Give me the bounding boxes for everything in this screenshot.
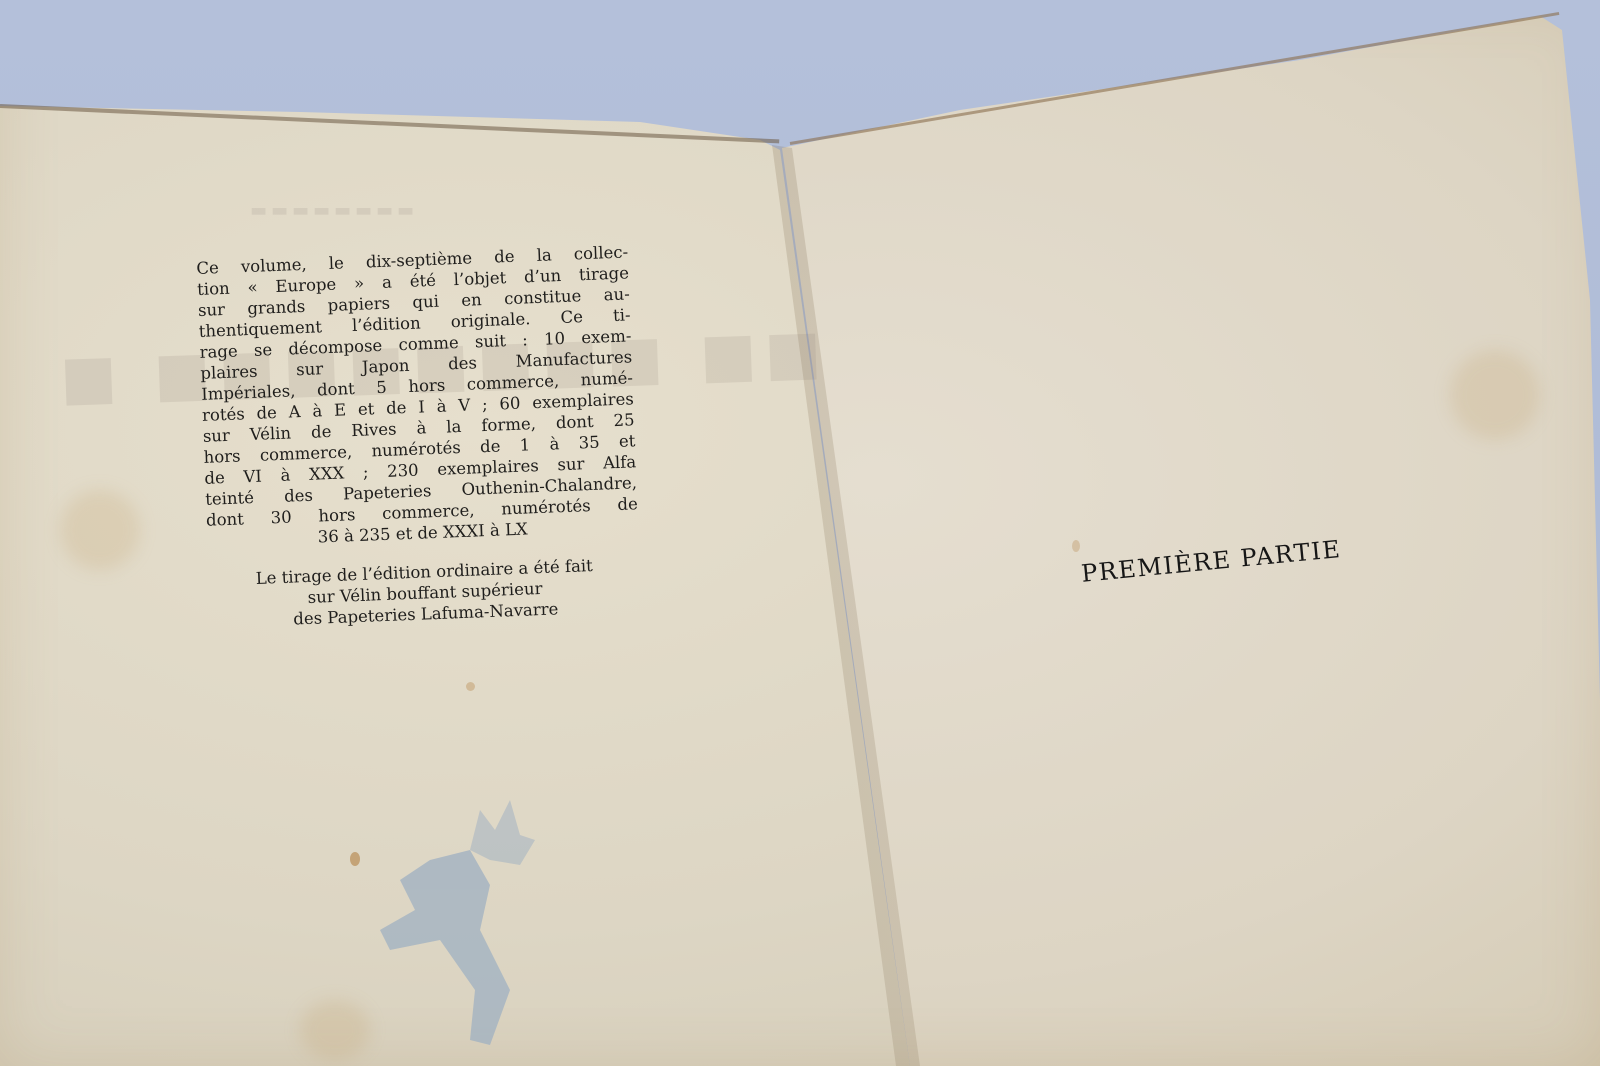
book-photo: ▬▬▬▬▬▬▬▬ ■ ■■■■■■■■ ■■ Ce volume, le dix… [0, 0, 1600, 1066]
foxing-stain [1450, 350, 1540, 440]
print-run-justification: Ce volume, le dix-septième de la collec-… [196, 241, 639, 551]
foxing-stain [466, 682, 475, 691]
colophon-block: Ce volume, le dix-septième de la collec-… [196, 241, 642, 632]
foxing-stain [1072, 540, 1080, 552]
show-through-text: ▬▬▬▬▬▬▬▬ [250, 200, 418, 221]
bird-watermark-icon [360, 790, 560, 1050]
foxing-stain [350, 852, 360, 866]
foxing-stain [60, 490, 140, 570]
